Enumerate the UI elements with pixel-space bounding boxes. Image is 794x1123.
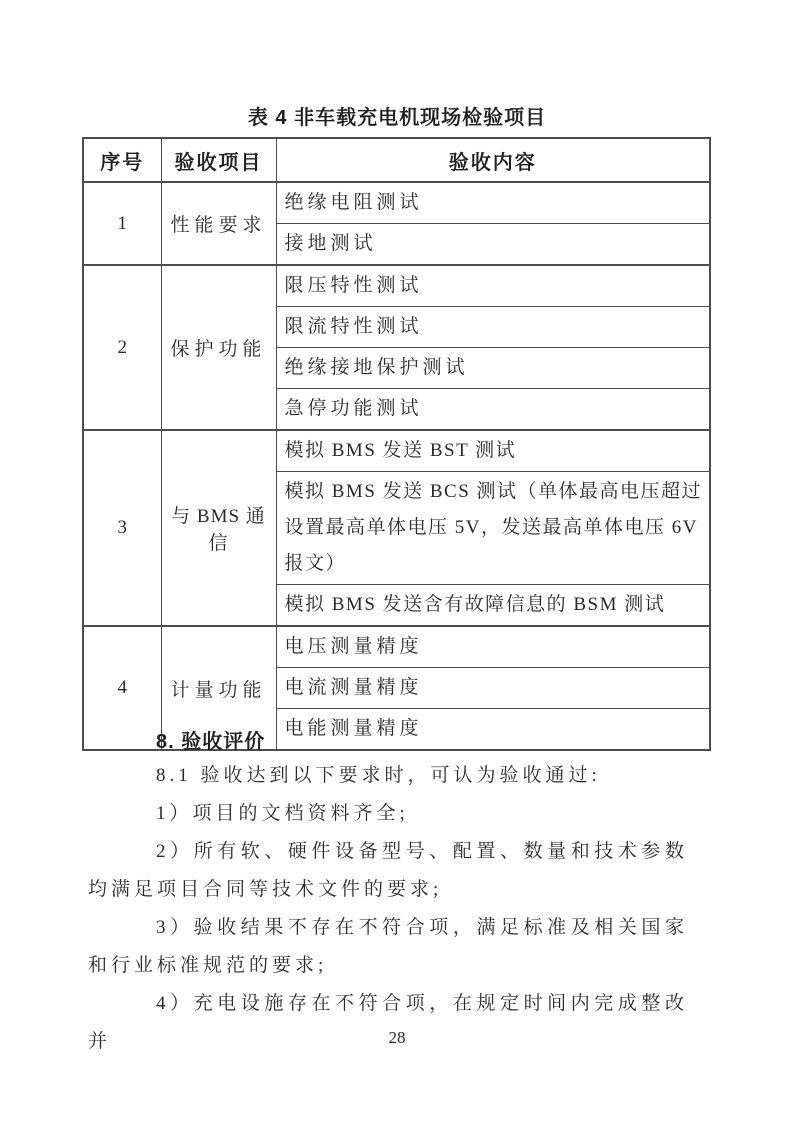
item-cell: 性能要求 — [161, 182, 276, 265]
content-cell: 模拟 BMS 发送 BST 测试 — [276, 430, 710, 472]
table-row: 2 保护功能 限压特性测试 — [83, 265, 710, 307]
table-row: 1 性能要求 绝缘电阻测试 — [83, 182, 710, 224]
acceptance-table-wrapper: 序号 验收项目 验收内容 1 性能要求 绝缘电阻测试 接地测试 2 保护功能 限… — [82, 137, 711, 751]
item-cell: 与 BMS 通信 — [161, 430, 276, 626]
paragraph: 4）充电设施存在不符合项，在规定时间内完成整改并 — [88, 985, 688, 1061]
paragraph: 1）项目的文档资料齐全; — [88, 795, 688, 833]
row-number-cell: 3 — [83, 430, 161, 626]
content-cell: 电流测量精度 — [276, 668, 710, 709]
column-header-number: 序号 — [83, 138, 161, 182]
content-cell: 模拟 BMS 发送 BCS 测试（单体最高电压超过设置最高单体电压 5V，发送最… — [276, 472, 710, 585]
document-page: 表 4 非车载充电机现场检验项目 序号 验收项目 验收内容 1 性能要求 绝缘电… — [0, 0, 794, 1123]
content-cell: 绝缘接地保护测试 — [276, 348, 710, 389]
table-row: 3 与 BMS 通信 模拟 BMS 发送 BST 测试 — [83, 430, 710, 472]
table-caption: 表 4 非车载充电机现场检验项目 — [0, 101, 794, 130]
content-cell: 模拟 BMS 发送含有故障信息的 BSM 测试 — [276, 585, 710, 627]
row-number-cell: 1 — [83, 182, 161, 265]
item-cell: 保护功能 — [161, 265, 276, 430]
content-cell: 急停功能测试 — [276, 389, 710, 431]
body-text-block: 8. 验收评价 8.1 验收达到以下要求时，可认为验收通过: 1）项目的文档资料… — [88, 727, 688, 1061]
section-heading: 8. 验收评价 — [88, 727, 688, 757]
content-cell: 限流特性测试 — [276, 307, 710, 348]
row-number-cell: 2 — [83, 265, 161, 430]
content-cell: 电压测量精度 — [276, 626, 710, 668]
paragraph: 2）所有软、硬件设备型号、配置、数量和技术参数均满足项目合同等技术文件的要求; — [88, 833, 688, 909]
content-cell: 接地测试 — [276, 224, 710, 266]
column-header-item: 验收项目 — [161, 138, 276, 182]
content-cell: 绝缘电阻测试 — [276, 182, 710, 224]
page-number: 28 — [0, 1028, 794, 1048]
paragraph: 8.1 验收达到以下要求时，可认为验收通过: — [88, 757, 688, 795]
paragraph: 3）验收结果不存在不符合项，满足标准及相关国家和行业标准规范的要求; — [88, 909, 688, 985]
table-row: 4 计量功能 电压测量精度 — [83, 626, 710, 668]
column-header-content: 验收内容 — [276, 138, 710, 182]
acceptance-table: 序号 验收项目 验收内容 1 性能要求 绝缘电阻测试 接地测试 2 保护功能 限… — [82, 137, 711, 751]
content-cell: 限压特性测试 — [276, 265, 710, 307]
table-header-row: 序号 验收项目 验收内容 — [83, 138, 710, 182]
